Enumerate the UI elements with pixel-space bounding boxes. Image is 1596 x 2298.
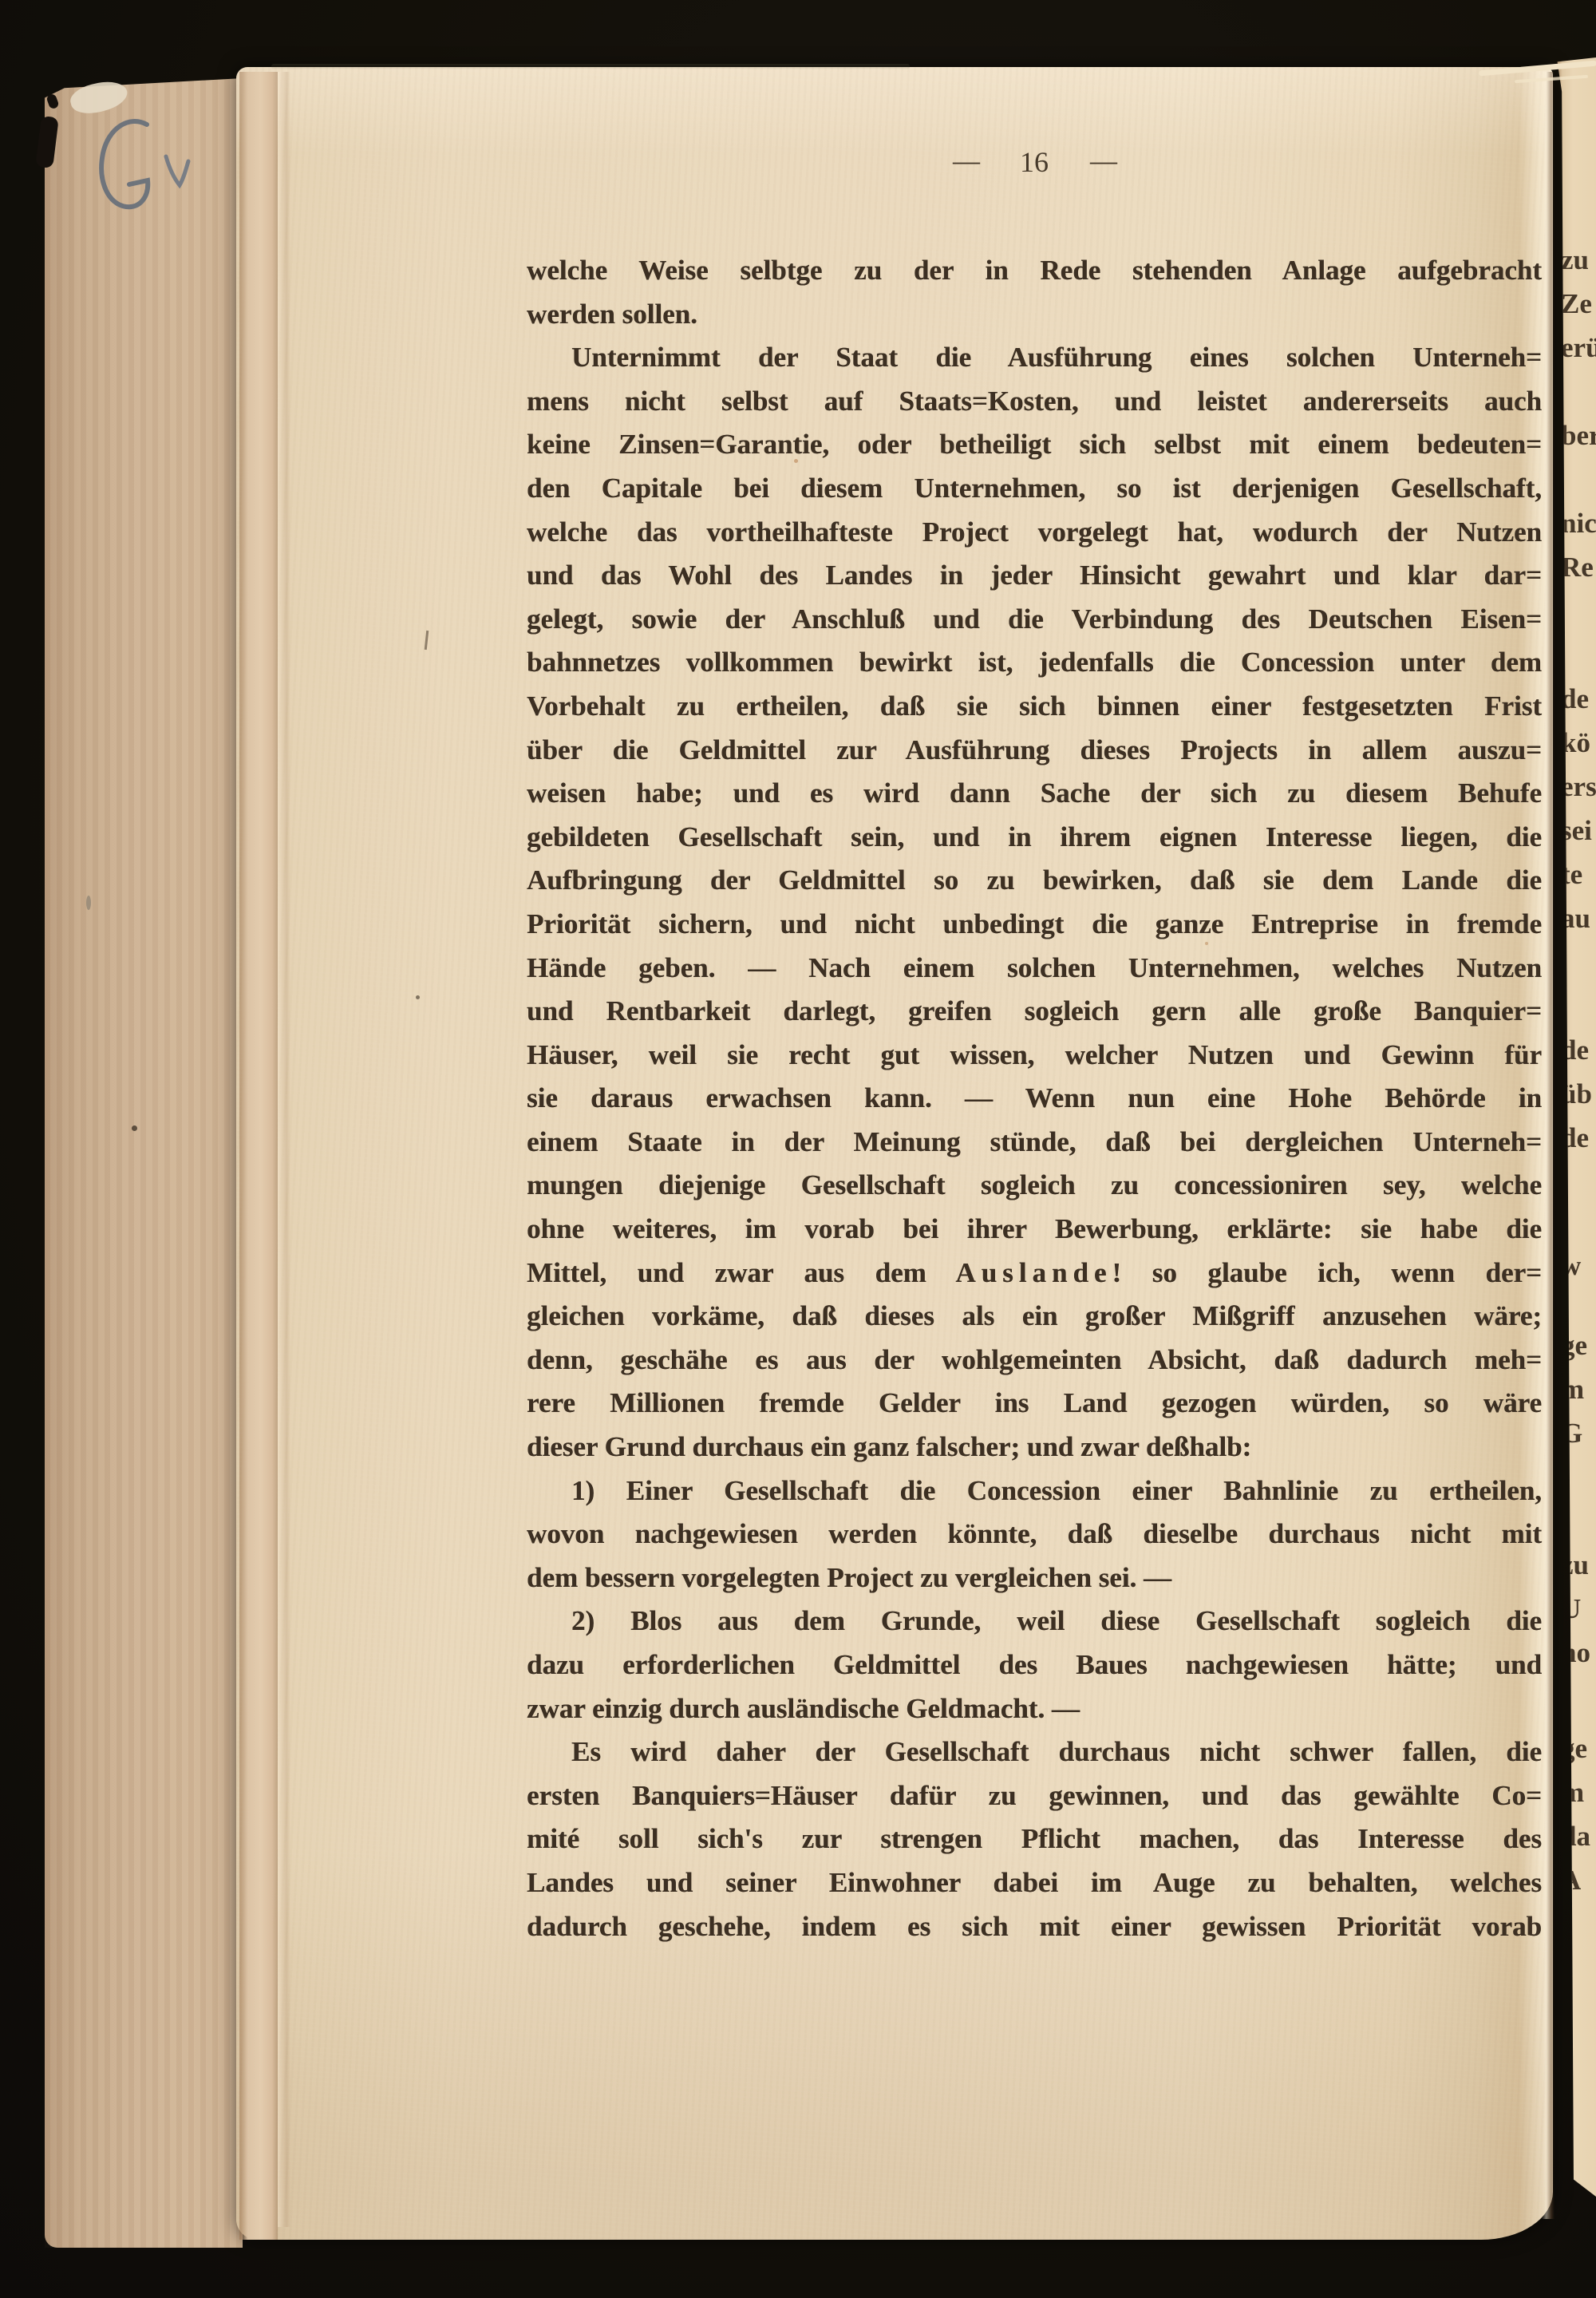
edge-fragment: üb: [1561, 1077, 1592, 1112]
text-line: ohne weiteres, im vorab bei ihrer Bewerb…: [527, 1208, 1542, 1252]
speck: [86, 896, 91, 910]
text-line: denn, geschähe es aus der wohlgemeinten …: [527, 1339, 1542, 1382]
text-line: sie daraus erwachsen kann. — Wenn nun ei…: [527, 1077, 1542, 1121]
text-line: dieser Grund durchaus ein ganz falscher;…: [527, 1426, 1542, 1469]
text-line: einem Staate in der Meinung stünde, daß …: [527, 1121, 1542, 1165]
edge-fragment: de: [1561, 1033, 1589, 1068]
edge-fragment: te: [1561, 857, 1582, 892]
edge-fragment: G: [1561, 1416, 1582, 1451]
text-line: 1) Einer Gesellschaft die Concession ein…: [527, 1469, 1542, 1513]
text-line: gelegt, sowie der Anschluß und die Verbi…: [527, 598, 1542, 642]
header-dash-left: —: [953, 150, 978, 174]
edge-fragment: au: [1561, 901, 1590, 936]
text-line: weisen habe; und es wird dann Sache der …: [527, 772, 1542, 816]
edge-fragment: erü: [1561, 330, 1596, 366]
text-line: werden sollen.: [527, 293, 1542, 337]
margin-dot: [416, 995, 420, 999]
edge-fragment: U: [1561, 1592, 1581, 1627]
edge-fragment: m: [1561, 1372, 1584, 1407]
text-line: wovon nachgewiesen werden könnte, daß di…: [527, 1513, 1542, 1556]
page-header: — 16 —: [527, 145, 1542, 179]
text-line: keine Zinsen=Garantie, oder betheiligt s…: [527, 423, 1542, 467]
text-line: mité soll sich's zur strengen Pflicht ma…: [527, 1817, 1542, 1861]
text-line: gleichen vorkäme, daß dieses als ein gro…: [527, 1295, 1542, 1339]
header-dash-right: —: [1090, 150, 1116, 174]
edge-fragment: ers: [1561, 769, 1596, 805]
text-line: Hände geben. — Nach einem solchen Untern…: [527, 947, 1542, 991]
handwritten-mark-G-icon: [89, 112, 209, 231]
edge-fragment: nic: [1561, 506, 1596, 541]
edge-fragment: ho: [1561, 1635, 1590, 1671]
right-edge-crease: [1542, 72, 1555, 2219]
text-line: bahnnetzes vollkommen bewirkt ist, jeden…: [527, 641, 1542, 685]
edge-fragment: zu: [1561, 1548, 1589, 1583]
previous-page-edge: [45, 78, 243, 2248]
text-line: welche Weise selbtge zu der in Rede steh…: [527, 249, 1542, 293]
text-block: welche Weise selbtge zu der in Rede steh…: [527, 249, 1542, 1948]
edge-fragment: sei: [1561, 813, 1592, 848]
edge-fragment: de: [1561, 1121, 1589, 1156]
text-line: ersten Banquiers=Häuser dafür zu gewinne…: [527, 1774, 1542, 1818]
page-number: 16: [1020, 145, 1049, 179]
text-line: gebildeten Gesellschaft sein, und in ihr…: [527, 816, 1542, 860]
text-line: Häuser, weil sie recht gut wissen, welch…: [527, 1034, 1542, 1078]
text-line: dazu erforderlichen Geldmittel des Baues…: [527, 1643, 1542, 1687]
facing-page-sliver: zuZeerübernicRedeköersseiteaudeübdewgemG…: [1555, 57, 1596, 2197]
edge-fragment: m: [1561, 1775, 1584, 1810]
edge-fragment: Ze: [1561, 287, 1592, 322]
text-line: Priorität sichern, und nicht unbedingt d…: [527, 903, 1542, 947]
text-line: Vorbehalt zu ertheilen, daß sie sich bin…: [527, 685, 1542, 729]
text-line: mens nicht selbst auf Staats=Kosten, und…: [527, 380, 1542, 424]
inner-crease: [278, 72, 290, 2227]
book-scan-scene: — 16 — welche Weise selbtge zu der in Re…: [0, 0, 1596, 2298]
text-line: welche das vortheilhafteste Project vorg…: [527, 511, 1542, 555]
text-line: über die Geldmittel zur Ausführung diese…: [527, 729, 1542, 773]
edge-fragment: de: [1561, 682, 1589, 717]
text-line: mungen diejenige Gesellschaft sogleich z…: [527, 1164, 1542, 1208]
foxing-dot: [1205, 942, 1208, 945]
edge-fragment: ber: [1561, 418, 1596, 453]
text-line: Unternimmt der Staat die Ausführung eine…: [527, 336, 1542, 380]
edge-fragment: ge: [1561, 1328, 1587, 1363]
edge-fragment: Re: [1561, 550, 1594, 585]
text-line: Es wird daher der Gesellschaft durchaus …: [527, 1730, 1542, 1774]
text-line: 2) Blos aus dem Grunde, weil diese Gesel…: [527, 1600, 1542, 1643]
text-line: den Capitale bei diesem Unternehmen, so …: [527, 467, 1542, 511]
text-line: Aufbringung der Geldmittel so zu bewirke…: [527, 859, 1542, 903]
edge-fragment: A: [1561, 1863, 1581, 1898]
edge-fragment: da: [1561, 1819, 1590, 1854]
edge-fragment: ge: [1561, 1731, 1587, 1766]
speck: [132, 1125, 137, 1131]
top-edge-shadow: [271, 64, 910, 69]
text-line: rere Millionen fremde Gelder ins Land ge…: [527, 1382, 1542, 1426]
edge-fragment: w: [1561, 1248, 1581, 1283]
text-line: Mittel, und zwar aus dem A u s l a n d e…: [527, 1252, 1542, 1295]
foxing-dot: [794, 459, 798, 463]
text-line: dadurch geschehe, indem es sich mit eine…: [527, 1905, 1542, 1949]
edge-fragment: zu: [1561, 243, 1589, 278]
text-line: dem bessern vorgelegten Project zu vergl…: [527, 1556, 1542, 1600]
text-line: Landes und seiner Einwohner dabei im Aug…: [527, 1861, 1542, 1905]
gutter-crease: [239, 72, 278, 2240]
edge-fragment: kö: [1561, 726, 1590, 761]
text-line: zwar einzig durch ausländische Geldmacht…: [527, 1687, 1542, 1731]
text-line: und das Wohl des Landes in jeder Hinsich…: [527, 554, 1542, 598]
text-line: und Rentbarkeit darlegt, greifen sogleic…: [527, 990, 1542, 1034]
